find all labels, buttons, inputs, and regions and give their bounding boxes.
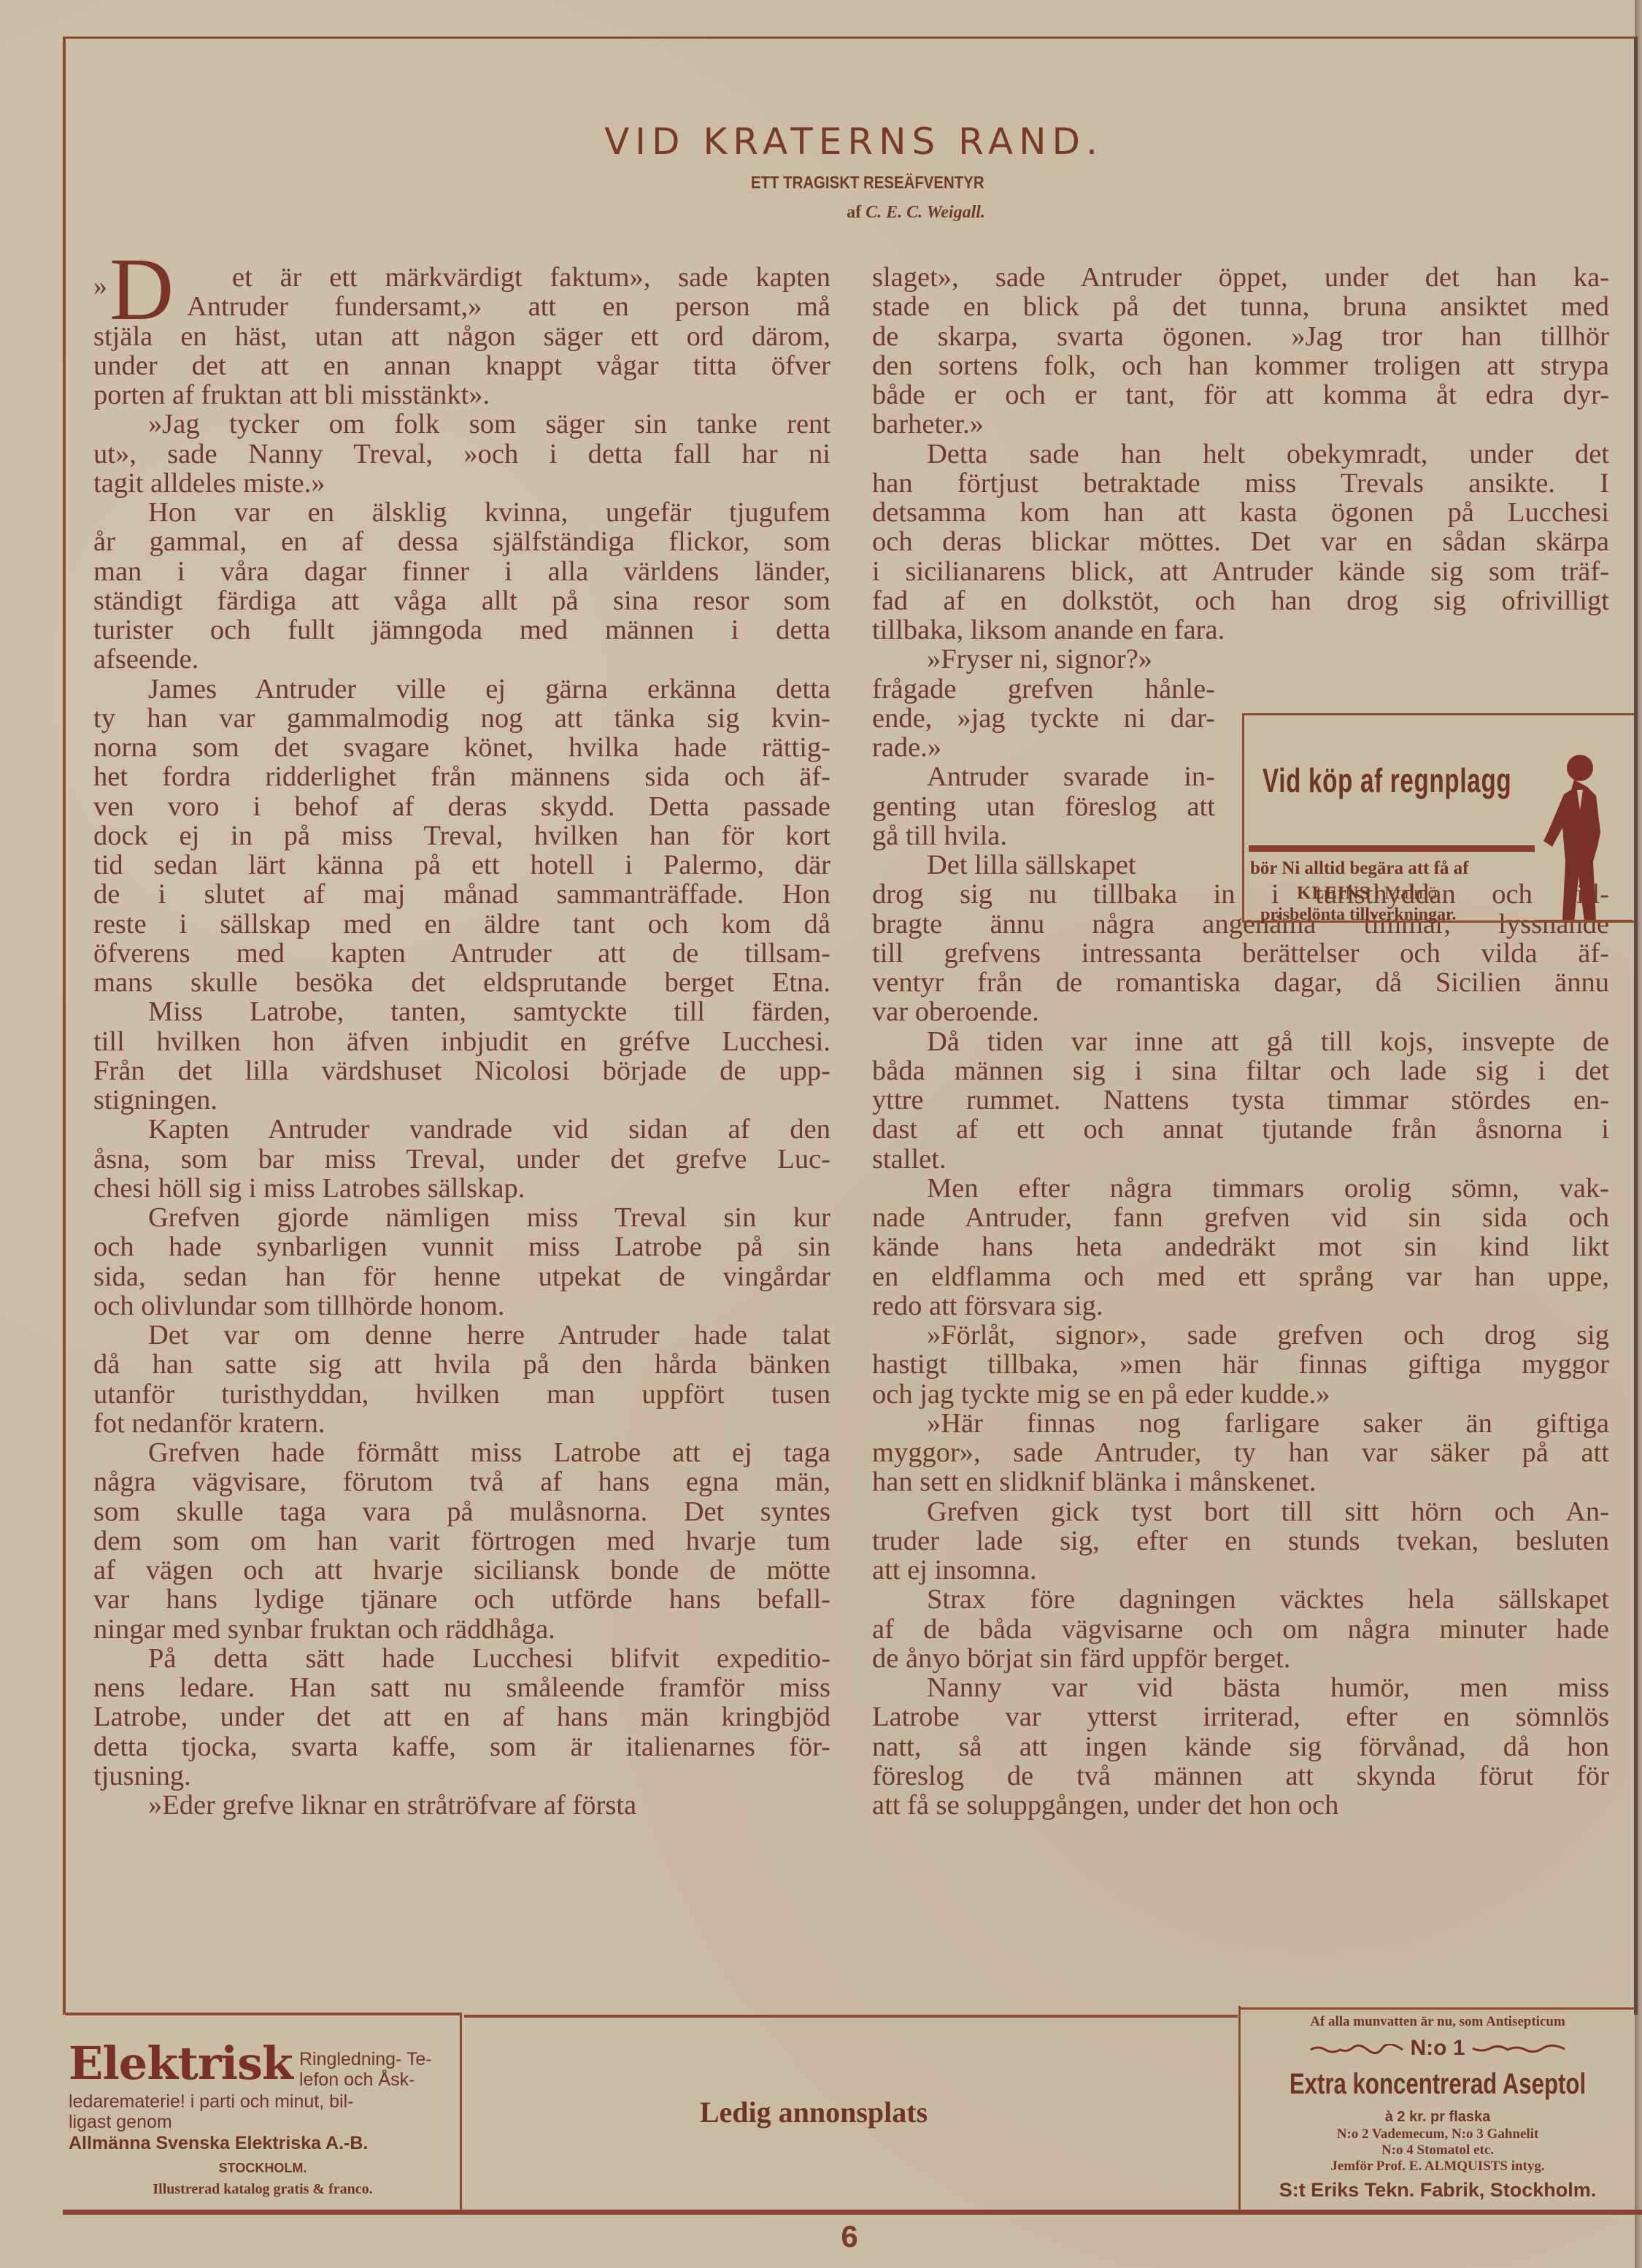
- text-line: »Förlåt, signor», sade grefven och drog …: [927, 1321, 1609, 1350]
- text-line: ningar med synbar fruktan och räddhåga.: [93, 1615, 830, 1644]
- text-line: detsamma kom han att kasta ögonen på Luc…: [872, 498, 1609, 527]
- text-line: frågade grefven hånle-: [872, 674, 1215, 704]
- ad-aseptol: Af alla munvatten är nu, som Antisepticu…: [1241, 2007, 1635, 2210]
- aseptol-number-line: N:o 1: [1241, 2036, 1635, 2061]
- text-line: och hade synbarligen vunnit miss Latrobe…: [93, 1232, 830, 1261]
- kleins-line1: bör Ni alltid begära att få af: [1250, 858, 1469, 879]
- elektrisk-company: Allmänna Svenska Elektriska A.-B.: [69, 2133, 368, 2154]
- text-line: dock ej in på miss Treval, hvilken han f…: [93, 821, 830, 850]
- text-line: båda männen sig i sina filtar och lade s…: [872, 1056, 1609, 1085]
- text-line: Miss Latrobe, tanten, samtyckte till fär…: [148, 997, 830, 1026]
- page-bottom-rule: [63, 2210, 1642, 2215]
- text-line: kände hans heta andedräkt mot sin kind l…: [872, 1232, 1609, 1261]
- text-line: genting utan föreslog att: [872, 792, 1215, 821]
- aseptol-price: à 2 kr. pr flaska: [1241, 2109, 1635, 2126]
- text-line: På detta sätt hade Lucchesi blifvit expe…: [148, 1644, 830, 1673]
- text-line: stallet.: [872, 1145, 1609, 1174]
- text-line: Nanny var vid bästa humör, men miss: [927, 1673, 1609, 1702]
- text-line: nens ledare. Han satt nu småleende framf…: [93, 1673, 830, 1702]
- text-line: et är ett märkvärdigt faktum», sade kapt…: [232, 263, 830, 292]
- ad-separator-1: [460, 2013, 462, 2211]
- text-line: truder lade sig, efter en stunds tvekan,…: [872, 1526, 1609, 1556]
- text-line: Grefven hade förmått miss Latrobe att ej…: [148, 1438, 830, 1467]
- kleins-city: i Malmö: [1375, 883, 1437, 903]
- elektrisk-side1: Ringledning- Te-: [299, 2050, 432, 2069]
- opening-quote: »: [93, 270, 107, 302]
- text-line: de i slutet af maj månad sammanträffade.…: [93, 880, 830, 909]
- article-byline: af C. E. C. Weigall.: [0, 203, 1642, 223]
- text-line: att få se soluppgången, under det hon oc…: [872, 1791, 1609, 1820]
- wavy-ornament-left-icon: [1309, 2044, 1404, 2054]
- text-line: het fordra ridderlighet från männens sid…: [93, 762, 830, 791]
- page-number: 6: [0, 2219, 1642, 2254]
- text-line: Latrobe, under det att en af hans män kr…: [93, 1702, 830, 1731]
- text-line: chesi höll sig i miss Latrobes sällskap.: [93, 1174, 830, 1203]
- text-line: föreslog de två männen att skynda förut …: [872, 1761, 1609, 1791]
- text-line: Men efter några timmars orolig sömn, vak…: [927, 1174, 1609, 1203]
- text-line: fot nedanför kratern.: [93, 1409, 830, 1438]
- text-line: åsna, som bar miss Treval, under det gre…: [93, 1145, 830, 1174]
- text-line: den sortens folk, och han kommer trolige…: [872, 351, 1609, 380]
- text-line: Latrobe var ytterst irriterad, efter en …: [872, 1702, 1609, 1731]
- text-line: ende, »jag tyckte ni dar-: [872, 704, 1215, 733]
- text-line: gå till hvila.: [872, 821, 1215, 850]
- text-line: James Antruder ville ej gärna erkänna de…: [148, 674, 830, 704]
- text-line: slaget», sade Antruder öppet, under det …: [872, 263, 1609, 292]
- elektrisk-body1: ledarematerie! i parti och minut, bil-: [69, 2092, 353, 2111]
- text-line: dast af ett och annat tjutande från åsno…: [872, 1115, 1609, 1144]
- article-subtitle: ETT TRAGISKT RESEÄFVENTYR: [123, 173, 1519, 193]
- kleins-brand-line: KLEINS i Malmö: [1297, 883, 1437, 904]
- text-line: »Fryser ni, signor?»: [927, 645, 1215, 674]
- text-line: mans skulle besöka det eldsprutande berg…: [93, 968, 830, 997]
- text-line: tillbaka, liksom anande en fara.: [872, 615, 1609, 645]
- text-line: öfverens med kapten Antruder att de till…: [93, 939, 830, 968]
- text-line: till grefvens intressanta berättelser oc…: [872, 939, 1609, 968]
- aseptol-headline: Extra koncentrerad Aseptol: [1284, 2068, 1591, 2101]
- text-line: Kapten Antruder vandrade vid sidan af de…: [148, 1115, 830, 1144]
- aseptol-others1: N:o 2 Vademecum, N:o 3 Gahnelit: [1241, 2126, 1635, 2142]
- elektrisk-body2: ligast genom: [69, 2113, 172, 2131]
- aseptol-intro: Af alla munvatten är nu, som Antisepticu…: [1241, 2014, 1635, 2030]
- text-line: afseende.: [93, 645, 830, 674]
- kleins-rule: [1249, 845, 1535, 852]
- man-silhouette-icon: [1542, 752, 1630, 927]
- text-line: Det lilla sällskapet: [927, 850, 1215, 880]
- text-line: af vägen och att hvarje siciliansk bonde…: [93, 1556, 830, 1585]
- text-line: stade en blick på det tunna, bruna ansik…: [872, 292, 1609, 321]
- text-line: turister och fullt jämngoda med männen i…: [93, 615, 830, 645]
- kleins-baseline: [1536, 920, 1633, 922]
- text-line: utanför turisthyddan, hvilken man uppför…: [93, 1380, 830, 1409]
- text-line: de ånyo börjat sin färd uppför berget.: [872, 1644, 1609, 1673]
- text-line: man i våra dagar finner i alla världens …: [93, 557, 830, 586]
- text-line: var oberoende.: [872, 997, 1609, 1026]
- text-line: reste i sällskap med en äldre tant och k…: [93, 910, 830, 939]
- text-line: sida, sedan han för henne utpekat de vin…: [93, 1262, 830, 1291]
- text-line: »Jag tycker om folk som säger sin tanke …: [148, 410, 830, 439]
- text-line: under det att en annan knappt vågar titt…: [93, 351, 830, 380]
- ad-row-rule-center: [464, 2015, 1238, 2018]
- text-line: yttre rummet. Nattens tysta timmar störd…: [872, 1085, 1609, 1115]
- text-line: Hon var en älsklig kvinna, ungefär tjugu…: [148, 498, 830, 527]
- text-line: detta tjocka, svarta kaffe, som är itali…: [93, 1732, 830, 1761]
- text-line: stjäla en häst, utan att någon säger ett…: [93, 322, 830, 351]
- text-line: år gammal, en af dessa själfständiga fli…: [93, 527, 830, 556]
- text-line: af de båda vägvisarne och om några minut…: [872, 1615, 1609, 1644]
- text-line: både er och er tant, för att komma åt ed…: [872, 380, 1609, 410]
- text-line: hastigt tillbaka, »men här finnas giftig…: [872, 1350, 1609, 1379]
- aseptol-number: N:o 1: [1411, 2036, 1465, 2060]
- text-line: ut», sade Nanny Treval, »och i detta fal…: [93, 439, 830, 469]
- text-line: och jag tyckte mig se en på eder kudde.»: [872, 1380, 1609, 1409]
- text-line: natt, så att ingen kände sig förvånad, d…: [872, 1732, 1609, 1761]
- kleins-brand: KLEINS: [1297, 883, 1370, 903]
- text-line: fad af en dolkstöt, och han drog sig ofr…: [872, 586, 1609, 615]
- elektrisk-catalog: Illustrerad katalog gratis & franco.: [66, 2181, 460, 2198]
- aseptol-reference: Jemför Prof. E. ALMQUISTS intyg.: [1241, 2159, 1635, 2175]
- text-line: dem som om han varit förtrogen med hvarj…: [93, 1526, 830, 1556]
- aseptol-others2: N:o 4 Stomatol etc.: [1241, 2142, 1635, 2159]
- text-line: nade Antruder, fann grefven vid sin sida…: [872, 1203, 1609, 1232]
- text-line: och deras blickar möttes. Det var en såd…: [872, 527, 1609, 556]
- article-title: VID KRATERNS RAND.: [0, 120, 1642, 163]
- text-line: i sicilianarens blick, att Antruder känd…: [872, 557, 1609, 586]
- text-line: »Eder grefve liknar en stråtröfvare af f…: [148, 1791, 830, 1820]
- ad-kleins: Vid köp af regnplagg bör Ni alltid begär…: [1242, 713, 1635, 923]
- text-line: ventyr från de romantiska dagar, då Sici…: [872, 968, 1609, 997]
- text-line: några vägvisare, förutom två af hans egn…: [93, 1467, 830, 1496]
- text-line: Grefven gick tyst bort till sitt hörn oc…: [927, 1497, 1609, 1526]
- byline-prefix: af: [847, 203, 861, 222]
- text-line: ven voro i behof af deras skydd. Detta p…: [93, 792, 830, 821]
- ad-vacant-label: Ledig annonsplats: [467, 2095, 1241, 2129]
- text-line: myggor», sade Antruder, ty han var säker…: [872, 1438, 1609, 1467]
- text-line: tjusning.: [93, 1761, 830, 1791]
- text-line: tagit alldeles miste.»: [93, 469, 830, 498]
- text-line: Det var om denne herre Antruder hade tal…: [148, 1321, 830, 1350]
- text-line: rade.»: [872, 733, 1215, 762]
- elektrisk-city: STOCKHOLM.: [66, 2161, 460, 2176]
- text-line: de skarpa, svarta ögonen. »Jag tror han …: [872, 322, 1609, 351]
- wavy-ornament-right-icon: [1471, 2044, 1566, 2054]
- text-line: var hans lydige tjänare och utförde hans…: [93, 1585, 830, 1614]
- text-line: stigningen.: [93, 1085, 830, 1115]
- aseptol-maker: S:t Eriks Tekn. Fabrik, Stockholm.: [1241, 2179, 1635, 2202]
- text-line: och olivlundar som tillhörde honom.: [93, 1291, 830, 1321]
- elektrisk-headline: Elektrisk: [69, 2037, 293, 2090]
- text-line: Antruder svarade in-: [927, 762, 1215, 791]
- text-line: till hvilken hon äfven inbjudit en gréfv…: [93, 1027, 830, 1056]
- kleins-headline: Vid köp af regnplagg: [1263, 761, 1511, 800]
- text-line: han förtjust betraktade miss Trevals ans…: [872, 469, 1609, 498]
- text-line: Från det lilla värdshuset Nicolosi börja…: [93, 1056, 830, 1085]
- text-line: ständigt färdiga att våga allt på sina r…: [93, 586, 830, 615]
- text-line: Då tiden var inne att gå till kojs, insv…: [927, 1027, 1609, 1056]
- text-line: Strax före dagningen väcktes hela sällsk…: [927, 1585, 1609, 1614]
- text-line: tid sedan lärt känna på ett hotell i Pal…: [93, 850, 830, 880]
- text-line: barheter.»: [872, 410, 1609, 439]
- text-line: att ej insomna.: [872, 1556, 1609, 1585]
- text-line: han sett en slidknif blänka i månskenet.: [872, 1467, 1609, 1496]
- text-line: som skulle taga vara på mulåsnorna. Det …: [93, 1497, 830, 1526]
- text-line: redo att försvara sig.: [872, 1291, 1609, 1321]
- text-line: »Här finnas nog farligare saker än gifti…: [927, 1409, 1609, 1438]
- byline-author: C. E. C. Weigall.: [866, 203, 985, 222]
- ad-elektrisk: Elektrisk Ringledning- Te- lefon och Åsk…: [66, 2015, 460, 2210]
- text-line: en eldflamma och med ett språng var han …: [872, 1262, 1609, 1291]
- kleins-line3: prisbelönta tillverkningar.: [1260, 905, 1456, 925]
- text-line: Detta sade han helt obekymradt, under de…: [927, 439, 1609, 469]
- elektrisk-side2: lefon och Åsk-: [299, 2070, 415, 2089]
- text-line: då han satte sig att hvila på den hårda …: [93, 1350, 830, 1379]
- text-line: Antruder fundersamt,» att en person må: [187, 292, 830, 321]
- text-line: norna som det svagare könet, hvilka hade…: [93, 733, 830, 762]
- text-line: ty han var gammalmodig nog att tänka sig…: [93, 704, 830, 733]
- text-line: porten af fruktan att bli misstänkt».: [93, 380, 830, 410]
- text-line: Grefven gjorde nämligen miss Treval sin …: [148, 1203, 830, 1232]
